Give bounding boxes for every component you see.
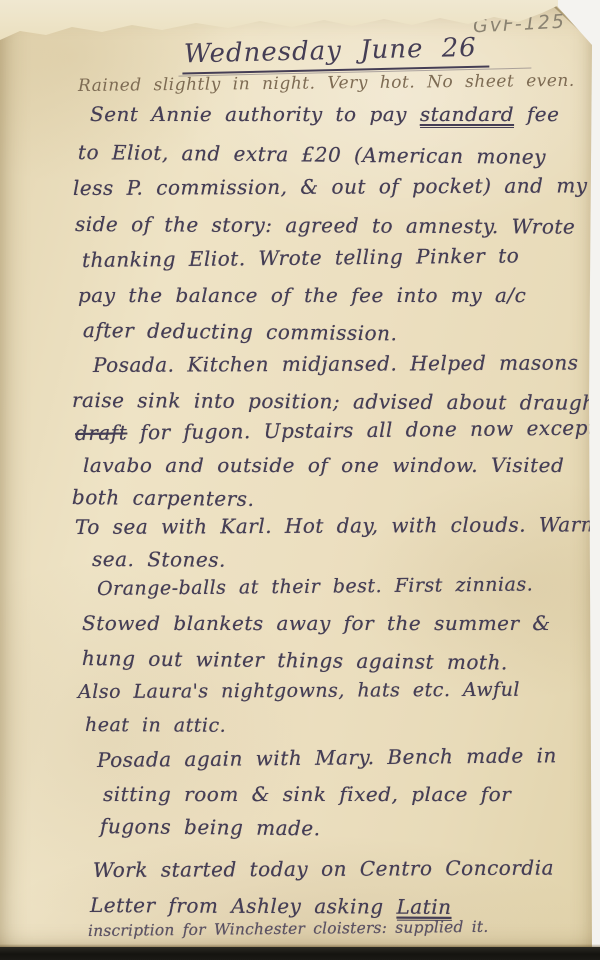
handwritten-text: Posada again with Mary. Bench made in (97, 743, 557, 772)
handwritten-text: Work started today on Centro Concordia (93, 856, 554, 882)
handwritten-line: Also Laura's nightgowns, hats etc. Awful (78, 679, 520, 703)
handwritten-line: heat in attic. (85, 714, 226, 737)
handwritten-line: Sent Annie authority to pay standard fee (90, 102, 559, 126)
diary-paper: GvF-125 Wednesday June 26 Rained slightl… (0, 0, 592, 948)
handwritten-text: for fugon. Upstairs all done now except (127, 416, 597, 445)
struck-text: draft (75, 420, 127, 445)
scanned-diary-page: GvF-125 Wednesday June 26 Rained slightl… (0, 0, 600, 960)
handwritten-line: raise sink into position; advised about … (72, 388, 600, 415)
handwritten-text: sea. Stones. (92, 547, 226, 572)
handwritten-text: raise sink into position; advised about … (72, 388, 600, 415)
handwritten-line: Orange-balls at their best. First zinnia… (97, 573, 533, 600)
handwritten-line: sitting room & sink fixed, place for (103, 782, 511, 806)
handwritten-text: side of the story: agreed to amnesty. Wr… (75, 212, 575, 239)
handwritten-line: hung out winter things against moth. (82, 646, 508, 674)
scan-table-edge (0, 947, 600, 960)
handwritten-text: pay the balance of the fee into my a/c (78, 283, 526, 307)
handwritten-line: Rained slightly in night. Very hot. No s… (78, 71, 575, 96)
handwritten-line: Posada. Kitchen midjansed. Helped masons (93, 350, 579, 377)
handwritten-text: to Eliot, and extra £20 (American money (78, 140, 546, 169)
handwritten-text: Also Laura's nightgowns, hats etc. Awful (78, 679, 520, 703)
underlined-text: Latin (396, 895, 451, 921)
handwritten-line: draft for fugon. Upstairs all done now e… (75, 416, 597, 445)
handwritten-line: Stowed blankets away for the summer & (82, 611, 551, 635)
handwritten-text: heat in attic. (85, 714, 226, 737)
handwritten-text: less P. commission, & out of pocket) and… (73, 173, 588, 200)
handwritten-text: hung out winter things against moth. (82, 646, 508, 674)
handwritten-line: pay the balance of the fee into my a/c (78, 283, 526, 307)
handwritten-line: fugons being made. (100, 814, 321, 840)
underlined-text: standard (420, 102, 514, 128)
handwritten-text: lavabo and outside of one window. Visite… (83, 453, 564, 477)
handwritten-text: sitting room & sink fixed, place for (103, 782, 511, 806)
handwritten-text: Letter from Ashley asking (90, 893, 397, 919)
handwritten-text: To sea with Karl. Hot day, with clouds. … (75, 512, 600, 539)
handwritten-line: inscription for Winchester cloisters: su… (88, 918, 489, 940)
handwritten-text: Stowed blankets away for the summer & (82, 611, 551, 635)
handwritten-text: both carpenters. (72, 485, 255, 511)
handwritten-line: Letter from Ashley asking Latin (90, 893, 452, 919)
handwritten-line: both carpenters. (72, 485, 255, 511)
handwritten-line: Work started today on Centro Concordia (93, 856, 554, 882)
handwritten-line: sea. Stones. (92, 547, 226, 572)
handwritten-line: to Eliot, and extra £20 (American money (78, 140, 546, 169)
handwritten-line: lavabo and outside of one window. Visite… (83, 453, 564, 477)
handwritten-text: Orange-balls at their best. First zinnia… (97, 573, 533, 600)
handwritten-text: fee (514, 102, 559, 126)
handwritten-text: Posada. Kitchen midjansed. Helped masons (93, 350, 579, 377)
handwritten-text: after deducting commission. (83, 318, 398, 345)
handwritten-line: To sea with Karl. Hot day, with clouds. … (75, 512, 600, 539)
handwritten-line: side of the story: agreed to amnesty. Wr… (75, 212, 575, 239)
handwritten-line: after deducting commission. (83, 318, 398, 345)
handwritten-text: inscription for Winchester cloisters: su… (88, 918, 489, 940)
handwritten-text: thanking Eliot. Wrote telling Pinker to (82, 243, 519, 272)
diary-lines: Rained slightly in night. Very hot. No s… (0, 0, 592, 948)
handwritten-text: Rained slightly in night. Very hot. No s… (78, 71, 575, 96)
handwritten-line: Posada again with Mary. Bench made in (97, 743, 557, 772)
handwritten-line: thanking Eliot. Wrote telling Pinker to (82, 243, 519, 272)
handwritten-text: Sent Annie authority to pay (90, 102, 420, 126)
handwritten-text: fugons being made. (100, 814, 321, 840)
handwritten-line: less P. commission, & out of pocket) and… (73, 173, 588, 200)
